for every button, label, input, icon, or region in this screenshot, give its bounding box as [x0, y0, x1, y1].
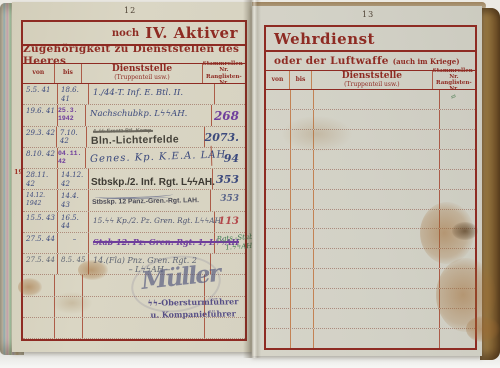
unit-stamp-large: Bln.-Lichterfelde [87, 132, 204, 146]
cell-nr: Rgts.-Stab 1.ϟϟAH [215, 233, 245, 253]
table-row: 15.5. 43 16.5. 44 15.ϟϟ Kp./2. Pz. Gren.… [23, 212, 245, 233]
cell-dienststelle: Genes. Kp. K.E.A. LAH [86, 146, 213, 171]
cell-von: 5.5. 41 [23, 84, 58, 104]
page-number-right: 13 [362, 10, 374, 19]
cell-nr: 2073. [205, 127, 245, 147]
table-row: 14.12. 1942 14.4. 43 Stbskp. 12 Panz.-Gr… [23, 190, 245, 211]
left-page: 12 19 noch IV. Aktiver Zugehörigkeit zu … [12, 2, 252, 352]
column-headers-left: von bis Dienststelle (Truppenteil usw.) … [23, 64, 245, 84]
crossed-out-entry: Stab 12. Pz. Gren. Rgt. 1, LϟϟAH [89, 233, 215, 253]
table-row: 8.10. 42 04.11. 42 Genes. Kp. K.E.A. LAH… [23, 148, 245, 169]
book-gutter [243, 0, 261, 358]
cell-dienststelle: 4. ϟϟ-Ersatz-Btl.-Komp. Bln.-Lichterfeld… [87, 127, 205, 147]
table-row-empty [266, 130, 475, 150]
table-row-empty [266, 249, 475, 269]
cell-dienststelle: 15.ϟϟ Kp./2. Pz. Gren. Rgt. LϟϟAH [89, 212, 215, 232]
cell-nr: 113 [215, 212, 245, 232]
unit-stamp-small: Stbskp. 12 Panz.-Gren.-Rgt. LAH. [89, 189, 210, 206]
cell-bis: 7.10. 42 [57, 127, 87, 147]
table-row-empty [266, 210, 475, 230]
table-row-empty [266, 289, 475, 309]
table-row-empty [266, 110, 475, 130]
title-prefix: noch [112, 28, 139, 39]
col-dienststelle: Dienststelle (Truppenteil usw.) [312, 71, 433, 89]
cell-bis: 14.4. 43 [58, 190, 89, 210]
cell-von: 27.5. 44 [23, 233, 58, 253]
table-body-right [266, 90, 475, 348]
cell-dienststelle: Stbskp. 12 Panz.-Gren.-Rgt. LAH. [89, 190, 211, 210]
book-right-page-edges [480, 8, 500, 360]
table-body-left: 5.5. 41 18.6. 41 1./44-T. Inf. E. Btl. I… [23, 84, 245, 339]
cell-von: 14.12. 1942 [23, 190, 58, 210]
table-row-empty [266, 90, 475, 110]
table-row-empty [266, 309, 475, 329]
table-row: 28.11. 42 14.12. 42 Stbskp./2. Inf. Rgt.… [23, 169, 245, 190]
wehrpass-photo: 12 19 noch IV. Aktiver Zugehörigkeit zu … [0, 0, 500, 368]
cell-nr: 353 [213, 169, 245, 189]
cell-bis-stamped: 25.3. 1942 [58, 105, 86, 125]
cell-von: 19.6. 41 [23, 105, 58, 125]
col-stammrollen: Stammrollen-Nr. Ranglisten-Nr. [203, 64, 245, 83]
unit-stamp: Stbskp./2. Inf. Rgt. LϟϟAH. [89, 169, 213, 189]
cell-von: 27.5. 44 [23, 254, 58, 274]
service-table-left: noch IV. Aktiver Zugehörigkeit zu Dienst… [21, 20, 247, 341]
cell-nr [215, 84, 245, 104]
right-page: 13 Wehrdienst oder der Luftwaffe (auch i… [252, 6, 482, 356]
column-headers-right: von bis Dienststelle (Truppenteil usw.) … [266, 71, 475, 90]
cell-dienststelle: Nachschubkp. LϟϟAH. [86, 105, 212, 125]
col-bis: bis [290, 71, 312, 89]
table-row-empty [266, 170, 475, 190]
cell-bis-stamped: 04.11. 42 [58, 148, 86, 168]
table-row: 19.6. 41 25.3. 1942 Nachschubkp. LϟϟAH. … [23, 105, 245, 126]
cell-bis: 14.12. 42 [58, 169, 89, 189]
service-table-right: Wehrdienst oder der Luftwaffe (auch im K… [264, 25, 477, 350]
cell-nr: 94 [212, 148, 245, 168]
table-row-empty [266, 229, 475, 249]
cell-nr: 268 [212, 105, 245, 125]
page-number-left: 12 [124, 6, 136, 15]
col-dienststelle: Dienststelle (Truppenteil usw.) [82, 64, 202, 83]
cell-von: 28.11. 42 [23, 169, 58, 189]
cell-bis: 16.5. 44 [58, 212, 89, 232]
table-row-empty [266, 269, 475, 289]
table-row-empty [266, 329, 475, 348]
col-von: von [266, 71, 290, 89]
cell-bis: 8.5. 45 [58, 254, 89, 274]
cell-dienststelle: 1./44-T. Inf. E. Btl. II. [89, 84, 215, 104]
cell-bis: – [58, 233, 89, 253]
cell-von: 29.3. 42 [23, 127, 57, 147]
col-bis: bis [55, 64, 83, 83]
table-title-right: Wehrdienst [266, 27, 475, 52]
table-row-empty [266, 150, 475, 170]
title-main: IV. Aktiver [145, 24, 238, 42]
cell-nr: 353 [211, 190, 245, 210]
cell-von: 15.5. 43 [23, 212, 58, 232]
table-row: 29.3. 42 7.10. 42 4. ϟϟ-Ersatz-Btl.-Komp… [23, 127, 245, 148]
table-row-empty [23, 318, 245, 339]
cell-von: 8.10. 42 [23, 148, 58, 168]
col-von: von [23, 64, 55, 83]
cell-bis: 18.6. 41 [58, 84, 89, 104]
col-stammrollen: Stammrollen-Nr. Ranglisten-Nr. [433, 71, 475, 89]
table-row: 5.5. 41 18.6. 41 1./44-T. Inf. E. Btl. I… [23, 84, 245, 105]
table-row-empty [266, 190, 475, 210]
rank-stamp: ϟϟ-Obersturmführer u. Kompanieführer [141, 295, 245, 321]
table-row: 27.5. 44 – Stab 12. Pz. Gren. Rgt. 1, Lϟ… [23, 233, 245, 254]
